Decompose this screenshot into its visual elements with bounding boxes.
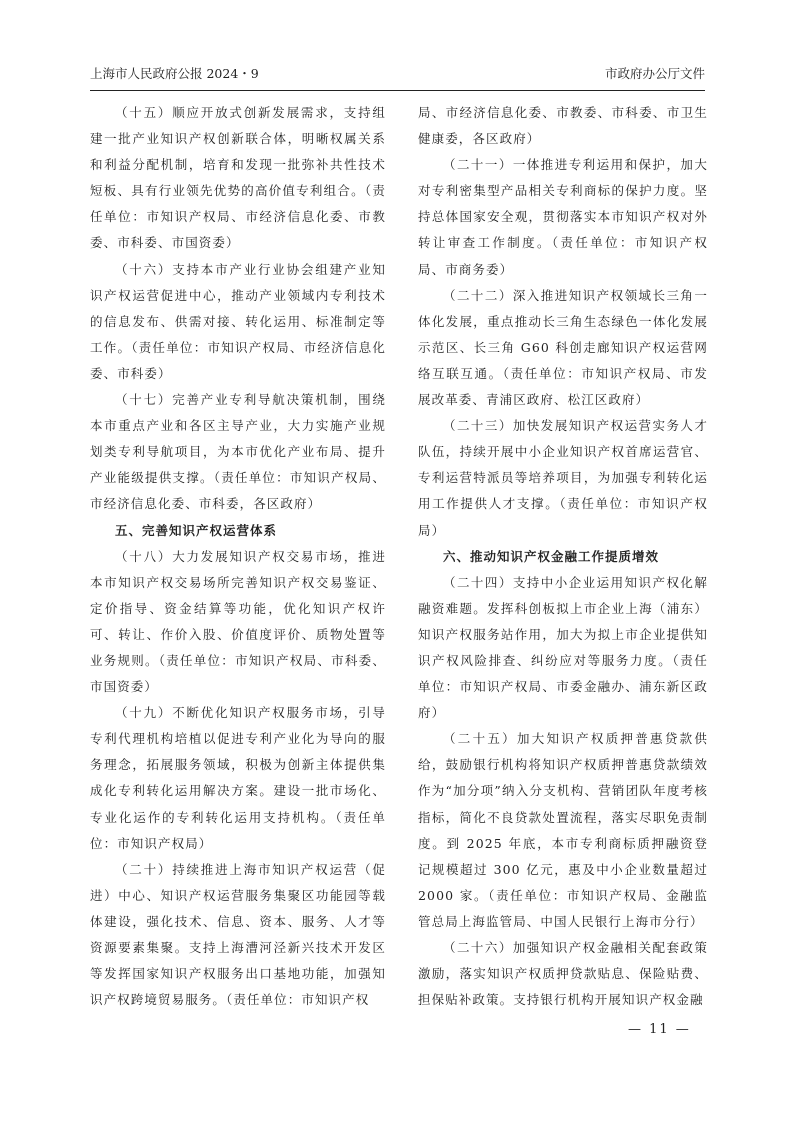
paragraph-20-continued: 局、市经济信息化委、市教委、市科委、市卫生健康委，各区政府） [418, 100, 708, 152]
paragraph-18: （十八）大力发展知识产权交易市场，推进本市知识产权交易场所完善知识产权交易鉴证、… [90, 544, 386, 701]
section-heading-6: 六、推动知识产权金融工作提质增效 [418, 544, 708, 570]
left-column: （十五）顺应开放式创新发展需求，支持组建一批产业知识产权创新联合体，明晰权属关系… [90, 100, 386, 1013]
paragraph-21: （二十一）一体推进专利运用和保护，加大对专利密集型产品相关专利商标的保护力度。坚… [418, 152, 708, 282]
paragraph-22: （二十二）深入推进知识产权领域长三角一体化发展，重点推动长三角生态绿色一体化发展… [418, 283, 708, 413]
page-number: — 11 — [628, 1022, 691, 1037]
publication-title: 上海市人民政府公报 2024・9 [90, 64, 259, 82]
paragraph-26: （二十六）加强知识产权金融相关配套政策激励，落实知识产权质押贷款贴息、保险贴费、… [418, 935, 708, 1013]
paragraph-24: （二十四）支持中小企业运用知识产权化解融资难题。发挥科创板拟上市企业上海（浦东）… [418, 570, 708, 727]
paragraph-25: （二十五）加大知识产权质押普惠贷款供给，鼓励银行机构将知识产权质押普惠贷款绩效作… [418, 726, 708, 935]
header-divider [90, 90, 705, 91]
page-header: 上海市人民政府公报 2024・9 市政府办公厅文件 [90, 64, 705, 84]
paragraph-19: （十九）不断优化知识产权服务市场，引导专利代理机构培植以促进专利产业化为导向的服… [90, 700, 386, 857]
document-category: 市政府办公厅文件 [605, 64, 705, 82]
section-heading-5: 五、完善知识产权运营体系 [90, 518, 386, 544]
right-column: 局、市经济信息化委、市教委、市科委、市卫生健康委，各区政府） （二十一）一体推进… [418, 100, 708, 1013]
paragraph-23: （二十三）加快发展知识产权运营实务人才队伍，持续开展中小企业知识产权首席运营官、… [418, 413, 708, 543]
paragraph-20: （二十）持续推进上海市知识产权运营（促进）中心、知识产权运营服务集聚区功能园等载… [90, 857, 386, 1014]
paragraph-15: （十五）顺应开放式创新发展需求，支持组建一批产业知识产权创新联合体，明晰权属关系… [90, 100, 386, 257]
paragraph-17: （十七）完善产业专利导航决策机制，围绕本市重点产业和各区主导产业，大力实施产业规… [90, 387, 386, 517]
paragraph-16: （十六）支持本市产业行业协会组建产业知识产权运营促进中心，推动产业领域内专利技术… [90, 257, 386, 387]
